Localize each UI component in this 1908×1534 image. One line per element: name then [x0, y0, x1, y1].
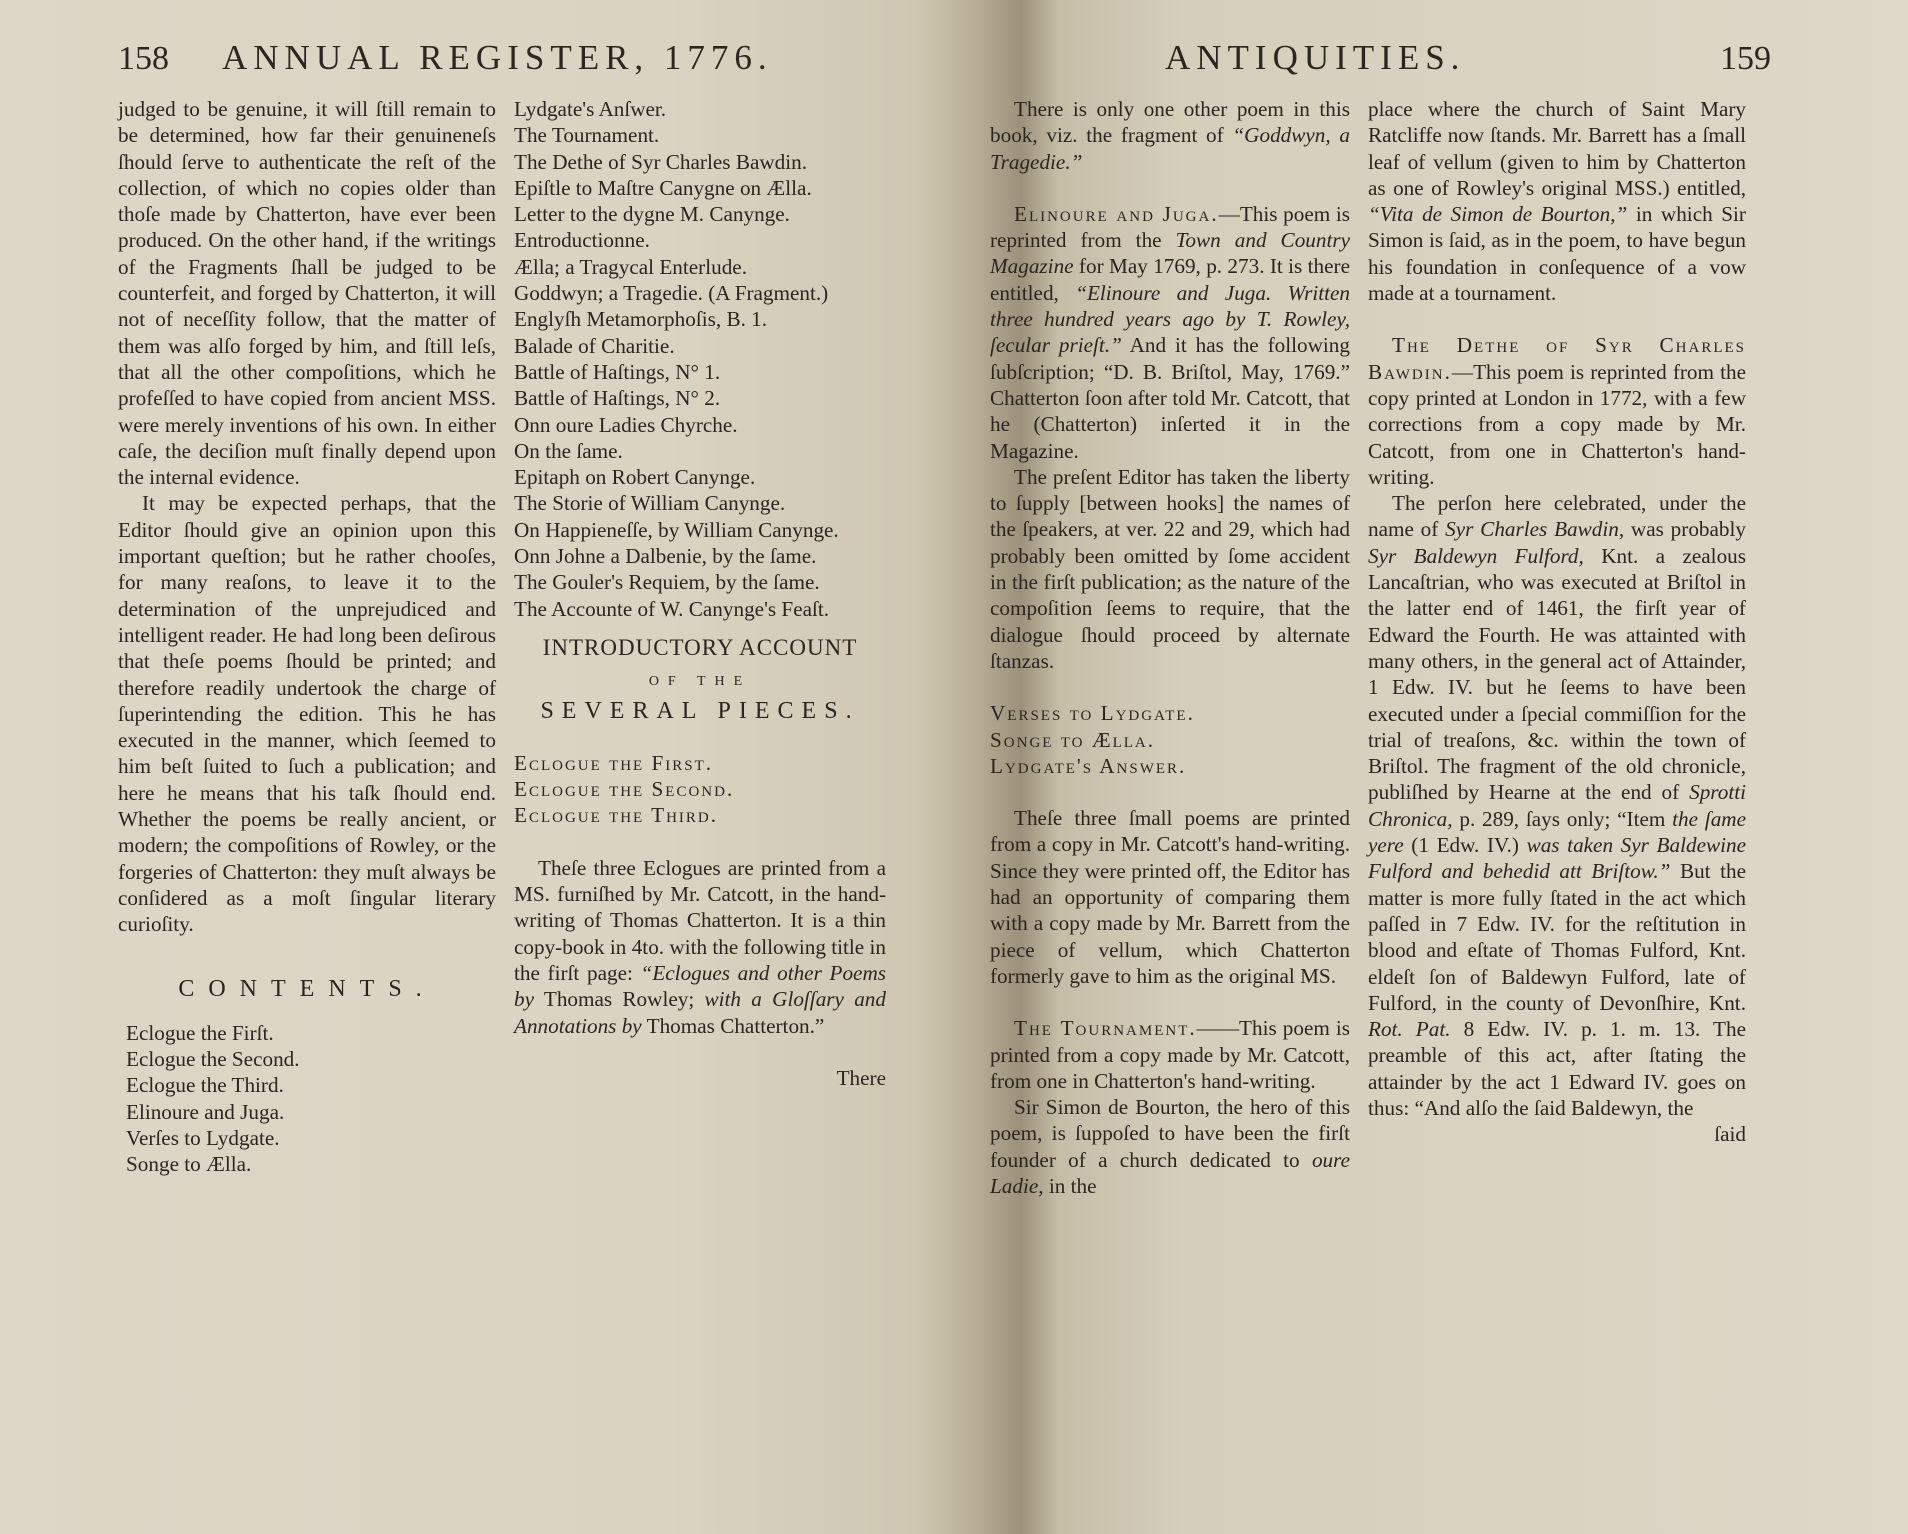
- piece-title: Lydgate's Answer.: [990, 753, 1350, 779]
- body-paragraph: The preſent Editor has taken the liberty…: [990, 464, 1350, 674]
- body-paragraph: place where the church of Saint Mary Rat…: [1368, 96, 1746, 306]
- right-column-2: place where the church of Saint Mary Rat…: [1368, 96, 1746, 1148]
- body-paragraph: The perſon here celebrated, under the na…: [1368, 490, 1746, 1121]
- body-paragraph: Sir Simon de Bourton, the hero of this p…: [990, 1094, 1350, 1199]
- running-head: ANNUAL REGISTER, 1776.: [222, 38, 773, 78]
- right-column-1: There is only one other poem in this boo…: [990, 96, 1350, 1199]
- contents-item: Eclogue the Third.: [126, 1072, 496, 1098]
- body-paragraph: Elinoure and Juga.—This poem is reprinte…: [990, 201, 1350, 464]
- left-column-1: judged to be genuine, it will ſtill rema…: [118, 96, 496, 1178]
- body-paragraph: Theſe three Eclogues are printed from a …: [514, 855, 886, 1039]
- contents-item: The Dethe of Syr Charles Bawdin.: [514, 149, 886, 175]
- body-paragraph: There is only one other poem in this boo…: [990, 96, 1350, 175]
- contents-item: Verſes to Lydgate.: [126, 1125, 496, 1151]
- contents-item: The Storie of William Canynge.: [514, 490, 886, 516]
- body-paragraph: It may be expected perhaps, that the Edi…: [118, 490, 496, 937]
- piece-title: Verses to Lydgate.: [990, 700, 1350, 726]
- contents-item: Songe to Ælla.: [126, 1151, 496, 1177]
- contents-item: Eclogue the Firſt.: [126, 1020, 496, 1046]
- running-head: ANTIQUITIES.: [1165, 38, 1465, 78]
- contents-item: Entroductionne.: [514, 227, 886, 253]
- book-spread: 158 ANNUAL REGISTER, 1776. judged to be …: [0, 0, 1908, 1534]
- contents-item: Letter to the dygne M. Canynge.: [514, 201, 886, 227]
- page-number: 158: [118, 40, 169, 78]
- section-heading: INTRODUCTORY ACCOUNT: [514, 635, 886, 661]
- piece-title: The Tournament.: [1014, 1016, 1197, 1040]
- contents-item: The Accounte of W. Canynge's Feaſt.: [514, 596, 886, 622]
- left-page: 158 ANNUAL REGISTER, 1776. judged to be …: [0, 0, 945, 1534]
- contents-item: Elinoure and Juga.: [126, 1099, 496, 1125]
- contents-item: On the ſame.: [514, 438, 886, 464]
- contents-item: On Happieneſſe, by William Canynge.: [514, 517, 886, 543]
- contents-item: Lydgate's Anſwer.: [514, 96, 886, 122]
- contents-item: Balade of Charitie.: [514, 333, 886, 359]
- contents-item: Battle of Haſtings, N° 2.: [514, 385, 886, 411]
- piece-title: Eclogue the First.: [514, 750, 886, 776]
- page-number: 159: [1720, 40, 1771, 78]
- piece-title: Elinoure and Juga.: [1014, 202, 1219, 226]
- contents-item: Epitaph on Robert Canynge.: [514, 464, 886, 490]
- contents-list-continued: Lydgate's Anſwer. The Tournament. The De…: [514, 96, 886, 622]
- right-page: ANTIQUITIES. 159 There is only one other…: [950, 0, 1908, 1534]
- catchword: ſaid: [1368, 1121, 1746, 1147]
- contents-item: Englyſh Metamorphoſis, B. 1.: [514, 306, 886, 332]
- left-column-2: Lydgate's Anſwer. The Tournament. The De…: [514, 96, 886, 1091]
- section-heading-sub: OF THE: [514, 669, 886, 695]
- contents-item: Ælla; a Tragycal Enterlude.: [514, 254, 886, 280]
- contents-heading: CONTENTS.: [118, 976, 496, 1002]
- contents-item: Battle of Haſtings, N° 1.: [514, 359, 886, 385]
- section-heading: SEVERAL PIECES.: [514, 698, 886, 724]
- contents-item: Onn Johne a Dalbenie, by the ſame.: [514, 543, 886, 569]
- body-paragraph: Theſe three ſmall poems are printed from…: [990, 805, 1350, 989]
- body-paragraph: judged to be genuine, it will ſtill rema…: [118, 96, 496, 490]
- contents-item: Epiſtle to Maſtre Canygne on Ælla.: [514, 175, 886, 201]
- body-paragraph: The Tournament.——This poem is printed fr…: [990, 1015, 1350, 1094]
- contents-item: The Gouler's Requiem, by the ſame.: [514, 569, 886, 595]
- piece-title: Eclogue the Second.: [514, 776, 886, 802]
- contents-item: Goddwyn; a Tragedie. (A Fragment.): [514, 280, 886, 306]
- piece-title: Eclogue the Third.: [514, 802, 886, 828]
- catchword: There: [514, 1065, 886, 1091]
- contents-item: Eclogue the Second.: [126, 1046, 496, 1072]
- piece-title: Songe to Ælla.: [990, 727, 1350, 753]
- body-paragraph: The Dethe of Syr Charles Bawdin.—This po…: [1368, 332, 1746, 490]
- contents-item: Onn oure Ladies Chyrche.: [514, 412, 886, 438]
- contents-list: Eclogue the Firſt. Eclogue the Second. E…: [118, 1020, 496, 1178]
- contents-item: The Tournament.: [514, 122, 886, 148]
